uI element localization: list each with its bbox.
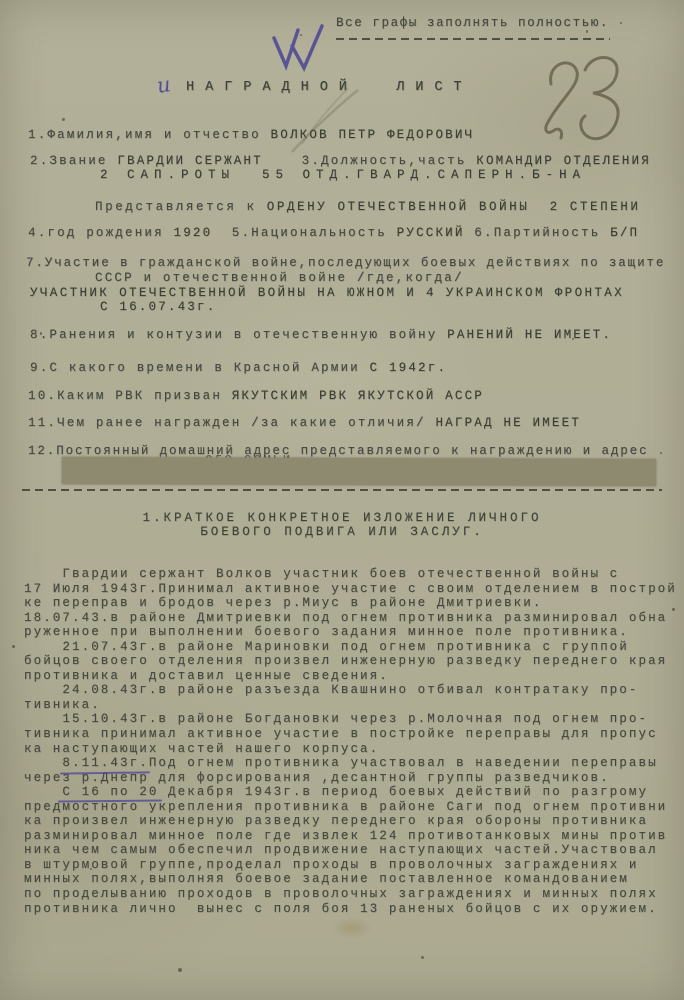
- field-value: РАНЕНИЙ НЕ ИМЕЕТ.: [447, 328, 612, 342]
- field-label: 9.С какого времени в Красной Армии: [30, 361, 370, 375]
- paper-speck: [586, 30, 588, 33]
- field-label: 5.Национальность: [212, 226, 396, 240]
- form-line-item7-value1: УЧАСТНИК ОТЕЧЕСТВЕННОЙ ВОЙНЫ НА ЮЖНОМ И …: [30, 286, 624, 300]
- paper-speck: [12, 645, 15, 648]
- body-line: 21.07.43г.в районе Мариновки под огнем п…: [24, 640, 684, 655]
- body-line: противника и доставил ценные сведения.: [24, 669, 684, 684]
- body-line: ка произвел инженерную разведку переднег…: [24, 814, 684, 829]
- field-label: 1.Фамилия,имя и отчество: [28, 128, 271, 142]
- body-line: С 16 по 20 Декабря 1943г.в период боевых…: [24, 785, 684, 800]
- body-line: предмостного укрепления противника в рай…: [24, 800, 684, 815]
- body-line: 18.07.43.в районе Дмитриевки под огнем п…: [24, 611, 684, 626]
- body-line: 15.10.43г.в районе Богдановки через р.Мо…: [24, 712, 684, 727]
- body-line: Гвардии сержант Волков участник боев оте…: [24, 567, 684, 582]
- body-line: тивника.: [24, 698, 684, 713]
- fill-all-fields-note: Все графы заполнять полностью.: [336, 16, 609, 30]
- handwritten-check-icon: [268, 22, 332, 76]
- form-line-item9: 9.С какого времени в Красной Армии С 194…: [30, 361, 447, 375]
- field-label: 6.Партийность: [465, 226, 611, 240]
- field-value: Б/П: [610, 226, 639, 240]
- body-line: ке переправ и бродов через р.Миус в райо…: [24, 596, 684, 611]
- feat-description: Гвардии сержант Волков участник боев оте…: [24, 567, 684, 916]
- paper-speck: [40, 332, 42, 335]
- paper-speck: [572, 338, 574, 340]
- paper-speck: [672, 608, 675, 611]
- paper-speck: [620, 22, 622, 24]
- field-value: ЯКУТСКИМ РВК ЯКУТСКОЙ АССР: [232, 389, 484, 403]
- body-line: 8.11.43г.Под огнем противника участвовал…: [24, 756, 684, 771]
- field-label: 2.Звание: [30, 154, 117, 168]
- body-line: по проделыванию проходов в проволочных з…: [24, 887, 684, 902]
- paper-speck: [421, 956, 424, 959]
- form-line-item1: 1.Фамилия,имя и отчество ВОЛКОВ ПЕТР ФЕД…: [28, 128, 474, 142]
- form-line-item7-label2: СССР и отечественной войне /где,когда/: [95, 271, 464, 285]
- body-line: противника лично вынес с поля боя 13 ран…: [24, 902, 684, 917]
- pencil-scribble-icon: [288, 86, 368, 158]
- field-label: Представляется к: [95, 200, 267, 214]
- body-line: бойцов своего отделения произвел инженер…: [24, 654, 684, 669]
- paper-speck: [90, 868, 92, 870]
- body-line: в штурмовой группе,проделал проходы в пр…: [24, 858, 684, 873]
- field-value: ОРДЕНУ ОТЕЧЕСТВЕННОЙ ВОЙНЫ 2 СТЕПЕНИ: [267, 200, 641, 214]
- form-line-item10: 10.Каким РВК призван ЯКУТСКИМ РВК ЯКУТСК…: [28, 389, 484, 403]
- field-label: 11.Чем ранее награжден /за какие отличия…: [28, 416, 435, 430]
- body-line: тивника принимал активное участие в пост…: [24, 727, 684, 742]
- field-label: 10.Каким РВК призван: [28, 389, 232, 403]
- body-line: 17 Июля 1943г.Принимал активное участие …: [24, 582, 684, 597]
- form-line-item7-value2: С 16.07.43г.: [100, 300, 216, 314]
- field-value: С 1942г.: [370, 361, 448, 375]
- paper-speck: [660, 452, 662, 454]
- field-value: РУССКИЙ: [397, 226, 465, 240]
- section-separator: [22, 489, 662, 491]
- field-value: 1920: [174, 226, 213, 240]
- redaction-bar: [62, 457, 656, 486]
- form-line-item7-label1: 7.Участие в гражданской войне,последующи…: [26, 256, 665, 270]
- paper-speck: [178, 968, 182, 972]
- award-sheet-page: Все графы заполнять полностью. и НАГРАДН…: [0, 0, 684, 1000]
- field-label: 4.год рождения: [28, 226, 174, 240]
- section-title-line1: 1.КРАТКОЕ КОНКРЕТНОЕ ИЗЛОЖЕНИЕ ЛИЧНОГО: [0, 511, 684, 525]
- paper-speck: [62, 118, 65, 121]
- body-line: минных полях,выполняя боевое задание пос…: [24, 872, 684, 887]
- body-line: разминировал минное поле где извлек 124 …: [24, 829, 684, 844]
- form-line-presented: Представляется к ОРДЕНУ ОТЕЧЕСТВЕННОЙ ВО…: [95, 200, 640, 214]
- form-line-item12: 12.Постоянный домашний адрес представляе…: [28, 444, 648, 458]
- form-line-item4-5-6: 4.год рождения 1920 5.Национальность РУС…: [28, 226, 639, 240]
- section-title-line2: БОЕВОГО ПОДВИГА ИЛИ ЗАСЛУГ.: [0, 525, 684, 539]
- field-value: ГВАРДИИ СЕРЖАНТ: [117, 154, 263, 168]
- form-line-item11: 11.Чем ранее награжден /за какие отличия…: [28, 416, 581, 430]
- pencil-page-number: [533, 50, 643, 155]
- body-line: ка наступающих частей нашего корпуса.: [24, 742, 684, 757]
- field-value: НАГРАД НЕ ИМЕЕТ: [435, 416, 581, 430]
- body-line: ника чем самым обеспечил продвижение нас…: [24, 843, 684, 858]
- body-line: 24.08.43г.в районе разъезда Квашнино отб…: [24, 683, 684, 698]
- field-value: КОМАНДИР ОТДЕЛЕНИЯ: [476, 154, 651, 168]
- handwritten-letter: и: [155, 72, 172, 98]
- field-label: 8.Ранения и контузии в отечественную вой…: [30, 328, 447, 342]
- note-dashed-underline: [336, 38, 610, 40]
- form-line-item8: 8.Ранения и контузии в отечественную вой…: [30, 328, 612, 342]
- form-line-item3-continuation: 2 САП.РОТЫ 55 ОТД.ГВАРД.САПЕРН.Б-НА: [100, 168, 586, 182]
- body-line: руженное при выполнении боевого задания …: [24, 625, 684, 640]
